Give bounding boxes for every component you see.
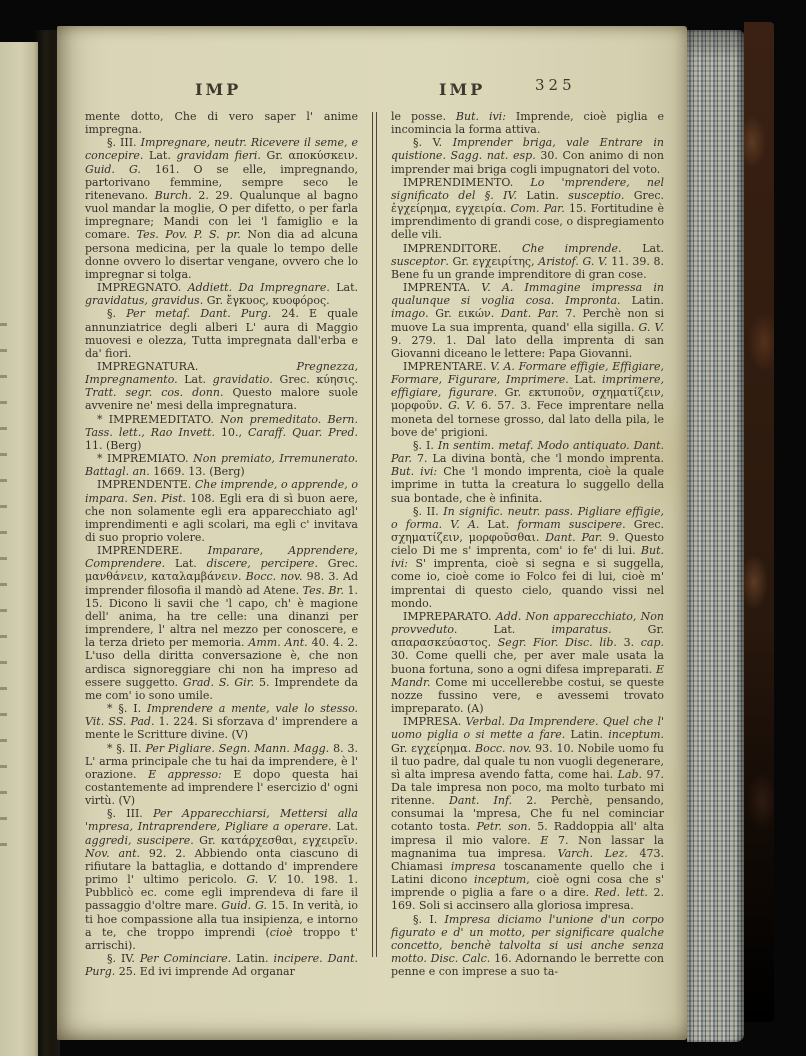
italic-text: Tes. Br. xyxy=(303,584,344,597)
body-text: IMPRENTA. xyxy=(403,281,481,294)
body-text: . Grec. xyxy=(621,189,664,202)
running-head-left: IMP xyxy=(195,80,241,99)
entry-paragraph: IMPRENTARE. V. A. Formare effigie, Effig… xyxy=(391,360,664,439)
italic-text: Red. lett. xyxy=(595,886,648,899)
facing-page-text-bleed xyxy=(0,302,7,862)
body-text: * §. I. xyxy=(107,702,147,715)
italic-text: inceptum xyxy=(474,873,526,886)
italic-text: Dant. Par. xyxy=(501,307,559,320)
body-text: IMPREGNATURA. xyxy=(97,360,297,373)
body-text: * IMPREMIATO. xyxy=(97,452,193,465)
entry-paragraph: IMPRENDITORE. Che imprende. Lat. suscept… xyxy=(391,242,664,281)
body-text: . xyxy=(536,531,545,544)
italic-text: susceptor xyxy=(391,255,445,268)
italic-text: Per metaf. Dant. Purg. xyxy=(126,307,271,320)
entry-paragraph: IMPREPARATO. Add. Non apparecchiato, Non… xyxy=(391,610,664,715)
greek-text: απαρασκεύαστος xyxy=(391,636,488,649)
body-text: IMPRENDERE. xyxy=(97,544,208,557)
greek-text: σχηματίζειν, μορφοῦσθαι xyxy=(391,531,536,544)
italic-text: Burch. xyxy=(155,189,192,202)
italic-text: Varch. Lez. xyxy=(558,847,628,860)
italic-text: Per Pigliare. Segn. Mann. Magg. xyxy=(145,742,329,755)
entry-paragraph: §. II. In signific. neutr. pass. Pigliar… xyxy=(391,505,664,610)
italic-text: Segr. Fior. Disc. lib. xyxy=(498,636,617,649)
italic-text: inceptum xyxy=(608,728,660,741)
body-text: §. I. xyxy=(413,913,445,926)
italic-text: imago xyxy=(391,307,425,320)
greek-text: μανθάνειν, καταλαμβάνειν xyxy=(85,570,238,583)
italic-text: Amm. Ant. xyxy=(248,636,307,649)
body-text: * IMPREMEDITATO. xyxy=(97,413,220,426)
body-text: 10., xyxy=(215,426,248,439)
entry-paragraph: §. V. Imprender briga, vale Entrare in q… xyxy=(391,136,664,175)
italic-text: Com. Par. xyxy=(510,202,564,215)
body-text: §. III. xyxy=(107,807,153,820)
body-text: . xyxy=(354,149,358,162)
italic-text: gravidatus, gravidus xyxy=(85,294,200,307)
body-text: . Grec. xyxy=(269,373,316,386)
italic-text: Bocc. nov. xyxy=(475,742,531,755)
body-text: Lat. xyxy=(178,373,213,386)
italic-text: cioè xyxy=(270,926,293,939)
entry-paragraph: IMPRESA. Verbal. Da Imprendere. Quel che… xyxy=(391,715,664,912)
book-page: IMP IMP 325 mente dotto, Che di vero sap… xyxy=(57,26,687,1040)
body-text: IMPRENDITORE. xyxy=(403,242,522,255)
body-text: . xyxy=(355,834,359,847)
body-text: 7. La divina bontà, che 'l mondo imprent… xyxy=(412,452,664,465)
body-text: . xyxy=(326,294,330,307)
body-text: IMPRENDIMENTO. xyxy=(403,176,530,189)
italic-text: Aristof. G. V. xyxy=(538,255,607,268)
greek-text: εγχείρημα xyxy=(411,742,468,755)
greek-text: εικών xyxy=(458,307,491,320)
body-text: . xyxy=(468,742,475,755)
italic-text: imparatus xyxy=(551,623,608,636)
body-text: 30. Come quelli che, per aver male usata… xyxy=(391,649,664,675)
body-text: Latin. xyxy=(517,189,568,202)
italic-text: Tes. Pov. P. S. pr. xyxy=(137,228,241,241)
body-text: . xyxy=(355,373,359,386)
entry-paragraph: §. I. In sentim. metaf. Modo antiquato. … xyxy=(391,439,664,505)
entry-paragraph: mente dotto, Che di vero saper l' anime … xyxy=(85,110,358,136)
italic-text: incipere xyxy=(274,952,320,965)
running-head-right: IMP xyxy=(439,80,485,99)
italic-text: Guid. G. xyxy=(221,899,267,912)
body-text: le posse. xyxy=(391,110,456,123)
body-text: §. xyxy=(107,307,126,320)
scanned-book-photo: IMP IMP 325 mente dotto, Che di vero sap… xyxy=(0,0,806,1056)
body-text: IMPRESA. xyxy=(403,715,466,728)
italic-text: G. V. xyxy=(246,873,277,886)
body-text: Latin. xyxy=(565,728,608,741)
body-text: 25. Ed ivi imprende Ad organar xyxy=(115,965,295,978)
body-text: Lat. xyxy=(331,820,358,833)
body-text: . Grec. xyxy=(314,557,358,570)
italic-text: cap. xyxy=(641,636,664,649)
body-text: . xyxy=(238,570,246,583)
body-text: IMPRENTARE. xyxy=(403,360,490,373)
body-text: . xyxy=(488,636,498,649)
italic-text: Guid. G. xyxy=(85,163,141,176)
italic-text: G. V. xyxy=(639,321,664,334)
body-text: Lat. xyxy=(165,557,206,570)
body-text: IMPREPARATO. xyxy=(403,610,496,623)
italic-text: formam suscipere xyxy=(517,518,622,531)
body-text: §. IV. xyxy=(107,952,140,965)
body-text: Lat. xyxy=(622,242,664,255)
body-text: . Gr. xyxy=(445,255,472,268)
italic-text: But. ivi: xyxy=(391,465,437,478)
italic-text: Petr. son. xyxy=(477,820,531,833)
body-text: . xyxy=(319,952,328,965)
body-text: Come mi uccellerebbe costui, se queste n… xyxy=(391,676,664,715)
entry-paragraph: §. Per metaf. Dant. Purg. 24. E quale an… xyxy=(85,307,358,360)
text-column-right: le posse. But. ivi: Imprende, cioè pigli… xyxy=(391,110,664,978)
body-text: 1669. 13. (Berg) xyxy=(150,465,245,478)
italic-text: impresa xyxy=(451,860,496,873)
entry-paragraph: IMPREGNATURA. Pregnezza, Impregnamento. … xyxy=(85,360,358,413)
entry-paragraph: IMPRENDIMENTO. Lo 'mprendere, nel signif… xyxy=(391,176,664,242)
greek-text: αποκύσκειν xyxy=(289,149,355,162)
italic-text: aggredi, suscipere xyxy=(85,834,190,847)
body-text: Lat. xyxy=(479,518,517,531)
italic-text: Lab. xyxy=(618,768,642,781)
italic-text: But. ivi: xyxy=(456,110,506,123)
entry-paragraph: §. III. Impregnare, neutr. Ricevere il s… xyxy=(85,136,358,281)
entry-paragraph: IMPRENTA. V. A. Immagine impressa in qua… xyxy=(391,281,664,360)
body-text: §. II. xyxy=(413,505,443,518)
italic-text: Dant. Inf. xyxy=(449,794,512,807)
body-text: . xyxy=(491,307,501,320)
entry-paragraph: le posse. But. ivi: Imprende, cioè pigli… xyxy=(391,110,664,136)
greek-text: εγχειρίτης xyxy=(473,255,532,268)
body-text: IMPRENDENTE. xyxy=(97,478,195,491)
greek-text: κατάρχεσθαι, εγχειρεῖν xyxy=(221,834,355,847)
greek-text: κύησις xyxy=(316,373,354,386)
body-text: . Gr. xyxy=(425,307,458,320)
entry-paragraph: §. I. Impresa diciamo l'unione d'un corp… xyxy=(391,913,664,979)
body-text: . Gr. xyxy=(257,149,288,162)
body-text: . xyxy=(439,399,448,412)
book-cover-edge xyxy=(744,22,774,1022)
facing-page-edge xyxy=(0,42,38,1056)
body-text: 11. (Berg) xyxy=(85,439,141,452)
italic-text: Che imprende. xyxy=(522,242,622,255)
body-text: . Latin. xyxy=(228,952,274,965)
body-text: S' imprenta, cioè si segna e si suggella… xyxy=(391,557,664,609)
body-text: §. I. xyxy=(413,439,438,452)
page-number: 325 xyxy=(535,76,576,94)
greek-text: ἐγχείρημα, εγχειρία xyxy=(391,202,503,215)
body-text: Lat. xyxy=(330,281,358,294)
body-text: §. III. xyxy=(107,136,141,149)
body-text: mente dotto, Che di vero saper l' anime … xyxy=(85,110,358,136)
italic-text: E appresso: xyxy=(148,768,222,781)
body-text: . Gr. xyxy=(494,386,529,399)
body-text: . Grec. xyxy=(622,518,664,531)
entry-paragraph: §. IV. Per Cominciare. Latin. incipere. … xyxy=(85,952,358,978)
body-text: 9. 279. 1. Dal lato della imprenta di sa… xyxy=(391,334,664,360)
body-text: Latin. xyxy=(621,294,664,307)
body-text: . Gr. xyxy=(200,294,227,307)
entry-paragraph: * §. II. Per Pigliare. Segn. Mann. Magg.… xyxy=(85,742,358,808)
entry-paragraph: §. III. Per Apparecchiarsi, Mettersi all… xyxy=(85,807,358,952)
column-divider xyxy=(372,112,377,957)
entry-paragraph: IMPREGNATO. Addiett. Da Impregnare. Lat.… xyxy=(85,281,358,307)
italic-text: gravidam fieri xyxy=(176,149,257,162)
body-text: 3. xyxy=(617,636,641,649)
greek-text: ἔγκυος, κυοφόρος xyxy=(227,294,327,307)
entry-paragraph: IMPRENDERE. Imparare, Apprendere, Compre… xyxy=(85,544,358,702)
italic-text: Tratt. segr. cos. donn. xyxy=(85,386,223,399)
italic-text: Addiett. Da Impregnare. xyxy=(188,281,330,294)
italic-text: Grad. S. Gir. xyxy=(183,676,254,689)
entry-paragraph: IMPRENDENTE. Che imprende, o apprende, o… xyxy=(85,478,358,544)
italic-text: Caraff. Quar. Pred. xyxy=(248,426,358,439)
text-columns: mente dotto, Che di vero saper l' anime … xyxy=(85,110,665,978)
italic-text: susceptio xyxy=(568,189,621,202)
body-text: IMPREGNATO. xyxy=(97,281,188,294)
italic-text: Bocc. nov. xyxy=(246,570,303,583)
italic-text: gravidatio xyxy=(213,373,270,386)
body-text: Lat. xyxy=(143,149,176,162)
body-text: * §. II. xyxy=(107,742,145,755)
body-text: Lat. xyxy=(569,373,602,386)
italic-text: Per Cominciare xyxy=(140,952,228,965)
entry-paragraph: * §. I. Imprendere a mente, vale lo stes… xyxy=(85,702,358,741)
italic-text: G. V. xyxy=(448,399,475,412)
text-column-left: mente dotto, Che di vero saper l' anime … xyxy=(85,110,358,978)
entry-paragraph: * IMPREMIATO. Non premiato, Irremunerato… xyxy=(85,452,358,478)
italic-text: discere, percipere xyxy=(207,557,315,570)
entry-paragraph: * IMPREMEDITATO. Non premeditato. Bern. … xyxy=(85,413,358,452)
body-text: . Gr. xyxy=(190,834,221,847)
fore-edge-pages xyxy=(687,30,744,1042)
body-text: Lat. xyxy=(457,623,551,636)
italic-text: Nov. ant. xyxy=(85,847,140,860)
body-text: §. V. xyxy=(413,136,453,149)
italic-text: Dant. Par. xyxy=(545,531,602,544)
body-text: . Gr. xyxy=(608,623,664,636)
